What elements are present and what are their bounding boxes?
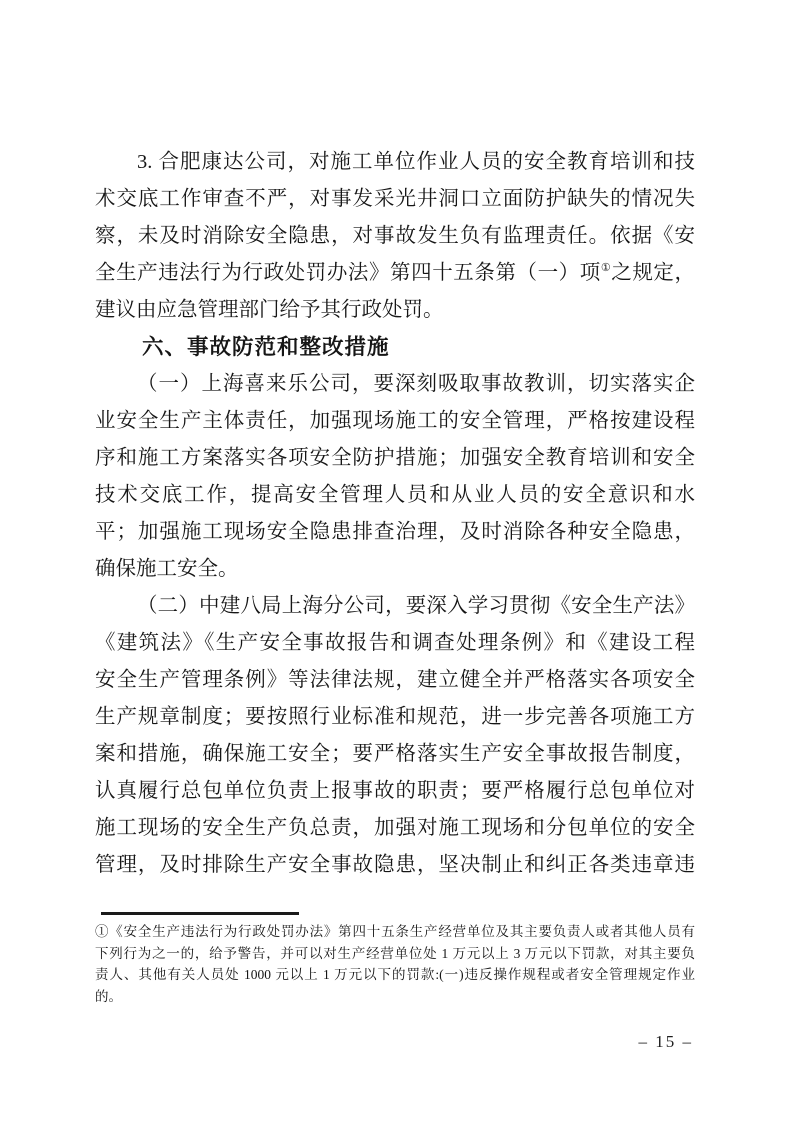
footnote-separator-rule xyxy=(101,912,299,915)
text-line: 生产规章制度；要按照行业标准和规范，进一步完善各项施工方 xyxy=(95,699,695,736)
text-line: 认真履行总包单位负责上报事故的职责；要严格履行总包单位对 xyxy=(95,773,695,810)
footnote-ref-marker: ① xyxy=(601,262,611,274)
para-measure-one-shanghai-xilaile: （一）上海喜来乐公司，要深刻吸取事故教训，切实落实企业安全生产主体责任，加强现场… xyxy=(95,366,695,588)
text-line: 管理，及时排除生产安全事故隐患，坚决制止和纠正各类违章违 xyxy=(95,847,695,884)
text-line: 察，未及时消除安全隐患，对事故发生负有监理责任。依据《安 xyxy=(95,218,695,255)
footnote-line: ①《安全生产违法行为行政处罚办法》第四十五条生产经营单位及其主要负责人或者其他人… xyxy=(95,921,695,943)
text-line: 施工现场的安全生产负总责，加强对施工现场和分包单位的安全 xyxy=(95,810,695,847)
footnote-section: ①《安全生产违法行为行政处罚办法》第四十五条生产经营单位及其主要负责人或者其他人… xyxy=(95,904,695,1007)
text-line: （一）上海喜来乐公司，要深刻吸取事故教训，切实落实企 xyxy=(95,366,695,403)
text-line: 《建筑法》《生产安全事故报告和调查处理条例》和《建设工程 xyxy=(95,625,695,662)
text-line: 业安全生产主体责任，加强现场施工的安全管理，严格按建设程 xyxy=(95,403,695,440)
footnote-line: 的。 xyxy=(95,986,695,1008)
para-hefei-kangda-liability: 3. 合肥康达公司，对施工单位作业人员的安全教育培训和技术交底工作审查不严，对事… xyxy=(95,144,695,329)
para-measure-two-zhongjian-baju: （二）中建八局上海分公司，要深入学习贯彻《安全生产法》《建筑法》《生产安全事故报… xyxy=(95,588,695,884)
footnote-text: ①《安全生产违法行为行政处罚办法》第四十五条生产经营单位及其主要负责人或者其他人… xyxy=(95,921,695,1007)
text-line: 确保施工安全。 xyxy=(95,551,695,588)
text-line: 3. 合肥康达公司，对施工单位作业人员的安全教育培训和技 xyxy=(95,144,695,181)
document-body: 3. 合肥康达公司，对施工单位作业人员的安全教育培训和技术交底工作审查不严，对事… xyxy=(95,144,695,884)
text-line: 术交底工作审查不严，对事发采光井洞口立面防护缺失的情况失 xyxy=(95,181,695,218)
text-line: 全生产违法行为行政处罚办法》第四十五条第（一）项①之规定， xyxy=(95,255,695,292)
text-line: 案和措施，确保施工安全；要严格落实生产安全事故报告制度， xyxy=(95,736,695,773)
text-line: 安全生产管理条例》等法律法规，建立健全并严格落实各项安全 xyxy=(95,662,695,699)
text-line: 平；加强施工现场安全隐患排查治理，及时消除各种安全隐患， xyxy=(95,514,695,551)
page-number: – 15 – xyxy=(639,1030,694,1054)
text-line: 序和施工方案落实各项安全防护措施；加强安全教育培训和安全 xyxy=(95,440,695,477)
document-page: 3. 合肥康达公司，对施工单位作业人员的安全教育培训和技术交底工作审查不严，对事… xyxy=(0,0,793,1122)
section-heading-six: 六、事故防范和整改措施 xyxy=(95,329,695,366)
text-line: （二）中建八局上海分公司，要深入学习贯彻《安全生产法》 xyxy=(95,588,695,625)
text-line: 技术交底工作，提高安全管理人员和从业人员的安全意识和水 xyxy=(95,477,695,514)
section-heading-text: 六、事故防范和整改措施 xyxy=(95,329,695,366)
footnote-line: 下列行为之一的，给予警告，并可以对生产经营单位处 1 万元以上 3 万元以下罚款… xyxy=(95,943,695,965)
text-line: 建议由应急管理部门给予其行政处罚。 xyxy=(95,292,695,329)
footnote-line: 责人、其他有关人员处 1000 元以上 1 万元以下的罚款:(一)违反操作规程或… xyxy=(95,964,695,986)
